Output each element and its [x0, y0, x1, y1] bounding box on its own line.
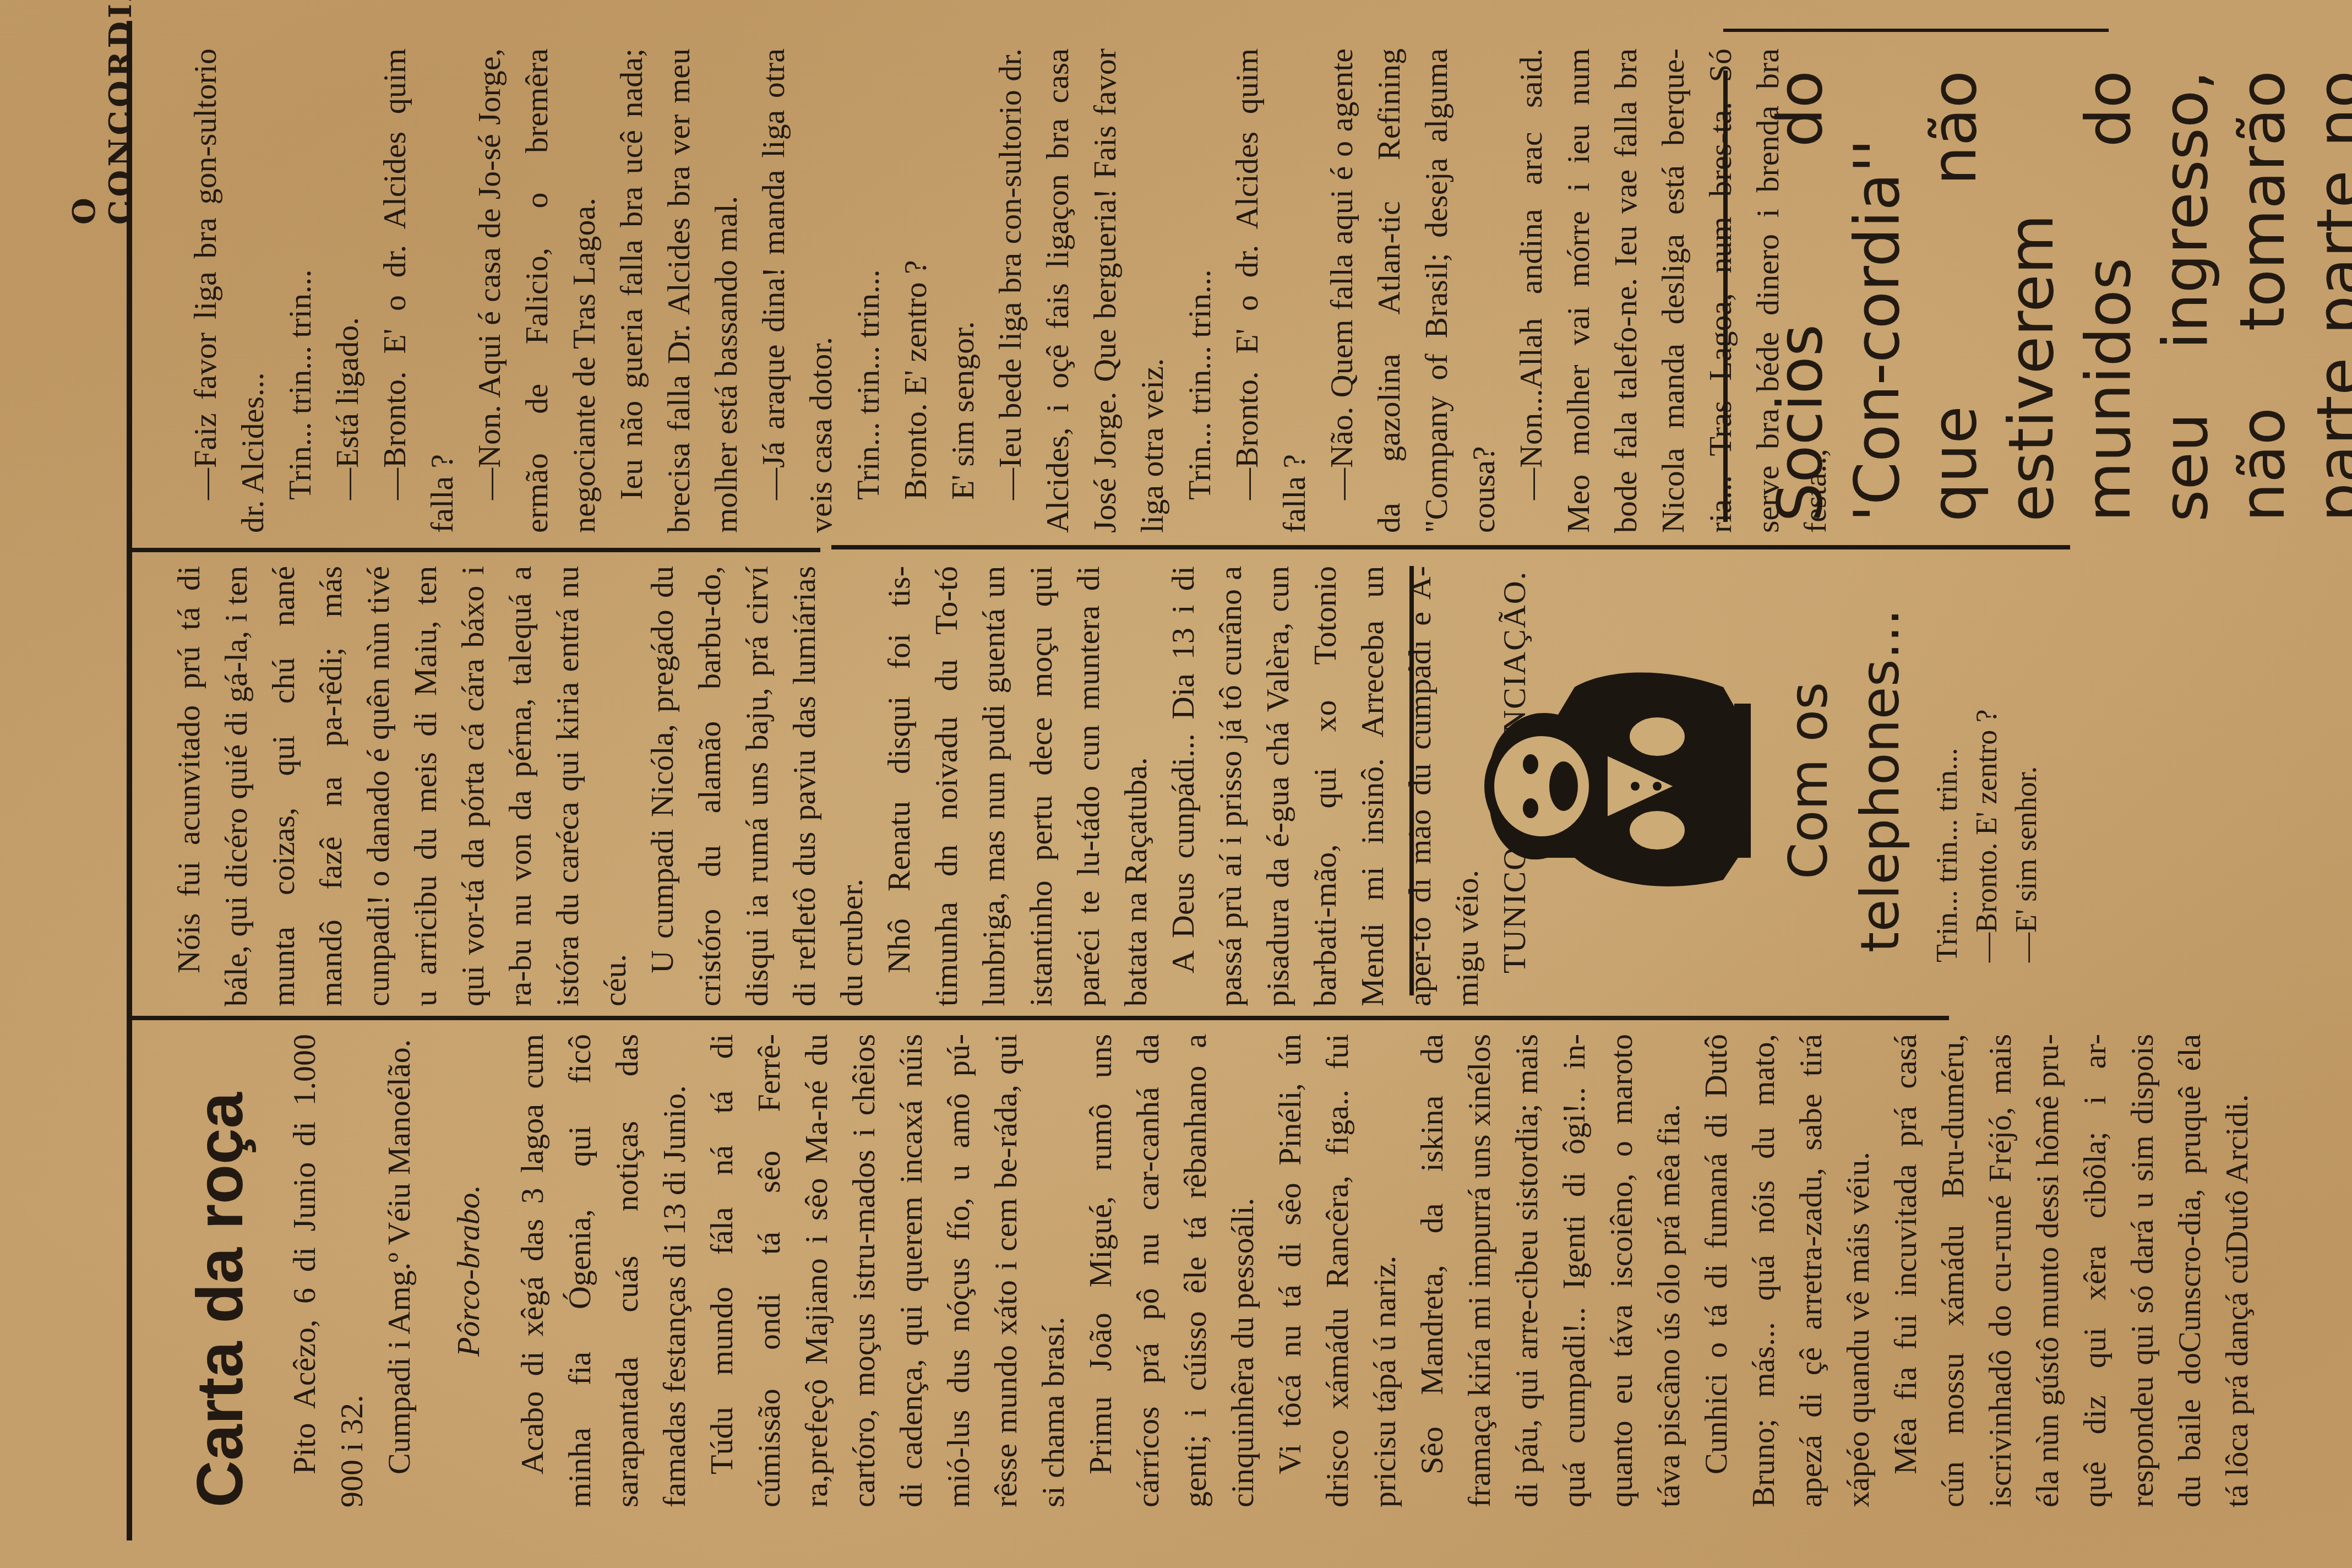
masthead-rule: [127, 21, 132, 1540]
dialogue-line: —Já araque dina! manda liga otra veis ca…: [750, 48, 845, 533]
column-rule-left: [132, 1016, 1949, 1020]
dialogue-line: Ieu não gueria falla bra ucê nada; breci…: [608, 48, 750, 533]
article-title: Carta da roça: [182, 1034, 259, 1507]
telephones-title-line2: telephones...: [1844, 566, 1916, 995]
paragraph: Nóis fui acunvitado prú tá di bále, qui …: [165, 566, 639, 1006]
telephones-box: Com os telephones... Trin... trin... tri…: [1431, 566, 2092, 995]
dialogue-line: Bronto. E' zentro ?: [892, 48, 939, 533]
dialogue-line: E' sim sengor.: [939, 48, 987, 533]
dialogue-line: —Ieu bede liga bra con-sultorio dr. Alci…: [987, 48, 1176, 533]
paragraph: Primu João Migué, rumô uns cárrícos prá …: [1077, 1034, 1266, 1507]
cartoon-top-rule: [1409, 566, 1414, 995]
dialogue-line: Trin... trin... trin...: [276, 48, 324, 533]
telephones-lines: Trin... trin... trin... —Bronto. E' zent…: [1927, 577, 2046, 962]
members-notice: Socios do 'Con-cordia'' que não estivere…: [1762, 70, 2352, 522]
newspaper-page: O CONCORDIA Carta da roça Pito Acêzo, 6 …: [0, 0, 2352, 1568]
paragraph: Mêa fia fui incuvitada prá casá cún moss…: [1882, 1034, 2261, 1507]
paragraph: Vi tôcá nu tá di sêo Pinéli, ún drisco x…: [1266, 1034, 1408, 1507]
dialogue-line: —Faiz favor liga bra gon-sultorio dr. Al…: [182, 48, 276, 533]
dialogue-line: —Non. Aqui é casa de Jo-sé Jorge, ermão …: [466, 48, 608, 533]
dialogue-line: Trin... trin... trin...: [845, 48, 892, 533]
telephones-title-line1: Com os: [1773, 566, 1844, 995]
paragraph: Nhô Renatu disqui foi tis-timunha dn noi…: [875, 566, 1159, 1006]
carta-article: Carta da roça Pito Acêzo, 6 di Junio di …: [182, 1034, 2261, 1507]
carta-continuation: Nóis fui acunvitado prú tá di bále, qui …: [165, 566, 1538, 1006]
paragraph: Túdu mundo fála ná tá di cúmissão ondi t…: [698, 1034, 1077, 1507]
article-subtitle: Pôrco-brabo.: [445, 1034, 492, 1507]
dialogue-line: —Não. Quem falla aqui é o agente da gazo…: [1318, 48, 1507, 533]
column-rule-right-lower: [831, 545, 2070, 549]
dateline: Pito Acêzo, 6 di Junio di 1.000 900 i 32…: [281, 1034, 375, 1507]
dialogue-line: Trin... trin... trin...: [1176, 48, 1223, 533]
salutation: Cumpadi i Amg.º Véiu Manoélão.: [375, 1034, 423, 1507]
paragraph: Cunhici o tá di fumaná di Dutô Bruno; má…: [1692, 1034, 1882, 1507]
paragraph: U cumpadi Nicóla, pregádo du cristóro du…: [639, 566, 875, 1006]
dialogue-line: —Bronto. E' o dr. Alcides quim falla ?: [1223, 48, 1318, 533]
paragraph: Sêo Mandreta, da iskina da framaça kiría…: [1408, 1034, 1692, 1507]
line: Trin... trin... trin...: [1927, 577, 1967, 962]
notice-top-rule: [1723, 70, 1728, 522]
notice-right-rule: [1723, 29, 2109, 32]
telephones-title: Com os telephones...: [1773, 566, 1916, 995]
line: —E' sim senhor.: [2006, 577, 2046, 962]
line: —Bronto. E' zentro ?: [1967, 577, 2006, 962]
cartoon-figure-icon: [1448, 638, 1756, 924]
telephone-dialogue: —Faiz favor liga bra gon-sultorio dr. Al…: [182, 48, 1839, 533]
column-rule-right: [132, 548, 820, 552]
dialogue-line: —Bronto. E' o dr. Alcides quim falla ?: [371, 48, 466, 533]
paragraph: Acabo di xêgá das 3 lagoa cum minha fia …: [509, 1034, 698, 1507]
dialogue-line: —Está ligado.: [324, 48, 371, 533]
